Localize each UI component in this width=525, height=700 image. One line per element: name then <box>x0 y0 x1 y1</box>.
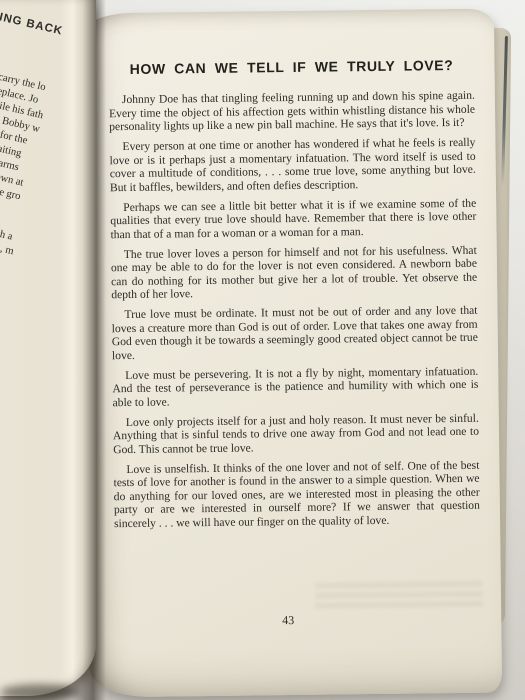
page-number: 43 <box>105 611 471 630</box>
left-page-shadow <box>0 684 80 700</box>
paragraph: Love must be persevering. It is not a fl… <box>112 364 478 409</box>
left-text-fragment: may seem very heavy. A re able to carry.… <box>0 317 66 493</box>
paragraph: The true lover loves a person for himsel… <box>111 243 478 301</box>
right-page-content: HOW CAN WE TELL IF WE TRULY LOVE? Johnny… <box>108 9 482 697</box>
right-book-page: HOW CAN WE TELL IF WE TRULY LOVE? Johnny… <box>82 9 502 698</box>
left-page-text: ACHING BACK heir father carry the lo g f… <box>0 0 96 679</box>
body-text: Johnny Doe has that tingling feeling run… <box>109 89 480 530</box>
book-photo-scene: HOW CAN WE TELL IF WE TRULY LOVE? Johnny… <box>0 0 525 700</box>
left-running-head: ACHING BACK <box>0 5 96 55</box>
paragraph: Johnny Doe has that tingling feeling run… <box>109 89 475 134</box>
chapter-title: HOW CAN WE TELL IF WE TRULY LOVE? <box>108 57 474 77</box>
paragraph: Every person at one time or another has … <box>109 136 476 194</box>
left-text-fragment: heir father carry the lo g for the firep… <box>0 60 96 236</box>
paragraph: True love must be ordinate. It must not … <box>111 304 478 362</box>
paragraph: Love only projects itself for a just and… <box>113 411 479 456</box>
left-book-page-curled: ACHING BACK heir father carry the lo g f… <box>0 0 96 696</box>
paragraph: Love is unselfish. It thinks of the one … <box>113 458 480 530</box>
paragraph: Perhaps we can see a little bit better w… <box>110 196 476 241</box>
